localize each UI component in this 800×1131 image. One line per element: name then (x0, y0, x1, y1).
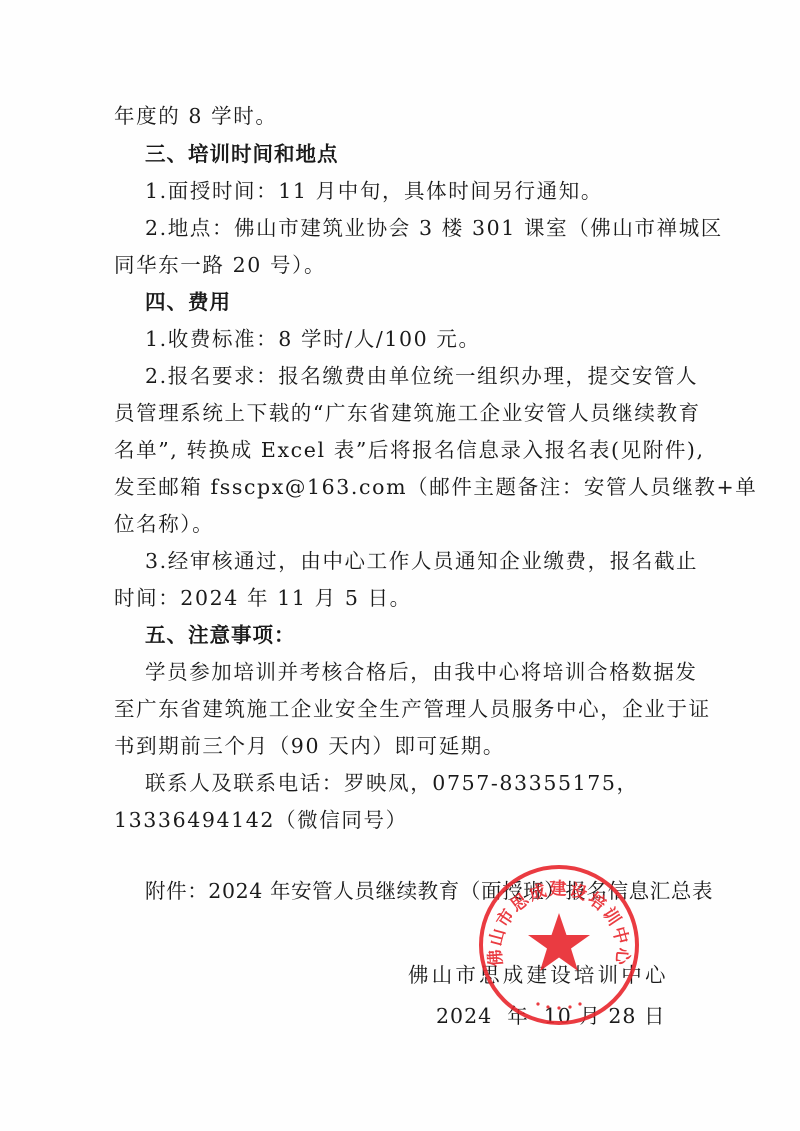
contact-mobile-line: 13336494142（微信同号） (114, 807, 408, 833)
paragraph-line: 学员参加培训并考核合格后，由我中心将培训合格数据发 (145, 659, 698, 685)
contact-line: 联系人及联系电话：罗映凤，0757-83355175， (145, 770, 639, 796)
signature-date: 2024 年 10 月 28 日 (436, 1003, 665, 1029)
section-heading-time-and-place: 三、培训时间和地点 (145, 141, 339, 167)
paragraph-line: 1.面授时间：11 月中旬，具体时间另行通知。 (145, 178, 603, 204)
paragraph-line: 2.地点：佛山市建筑业协会 3 楼 301 课室（佛山市禅城区 (145, 215, 723, 241)
paragraph-line: 2.报名要求：报名缴费由单位统一组织办理，提交安管人 (145, 363, 698, 389)
paragraph-line: 位名称）。 (114, 511, 214, 537)
paragraph-line: 名单”, 转换成 Excel 表”后将报名信息录入报名表(见附件), (114, 437, 705, 463)
paragraph-line-deadline: 时间：2024 年 11 月 5 日。 (114, 585, 412, 611)
paragraph-line-email: 发至邮箱 fsscpx@163.com（邮件主题备注：安管人员继教+单 (114, 474, 757, 500)
paragraph-line: 员管理系统上下载的“广东省建筑施工企业安管人员继续教育 (114, 400, 701, 426)
paragraph-line: 至广东省建筑施工企业安全生产管理人员服务中心，企业于证 (114, 696, 711, 722)
paragraph-line: 书到期前三个月（90 天内）即可延期。 (114, 733, 505, 759)
section-heading-notes: 五、注意事项： (145, 622, 296, 648)
paragraph-line: 3.经审核通过，由中心工作人员通知企业缴费，报名截止 (145, 548, 698, 574)
signature-organization: 佛山市思成建设培训中心 (408, 962, 669, 988)
section-heading-fees: 四、费用 (145, 289, 231, 315)
document-page: 年度的 8 学时。 三、培训时间和地点 1.面授时间：11 月中旬，具体时间另行… (0, 0, 800, 1131)
paragraph-line: 1.收费标准：8 学时/人/100 元。 (145, 326, 481, 352)
attachment-line: 附件：2024 年安管人员继续教育（面授班）报名信息汇总表 (145, 878, 713, 904)
paragraph-line: 年度的 8 学时。 (114, 103, 277, 129)
paragraph-line: 同华东一路 20 号）。 (114, 252, 326, 278)
